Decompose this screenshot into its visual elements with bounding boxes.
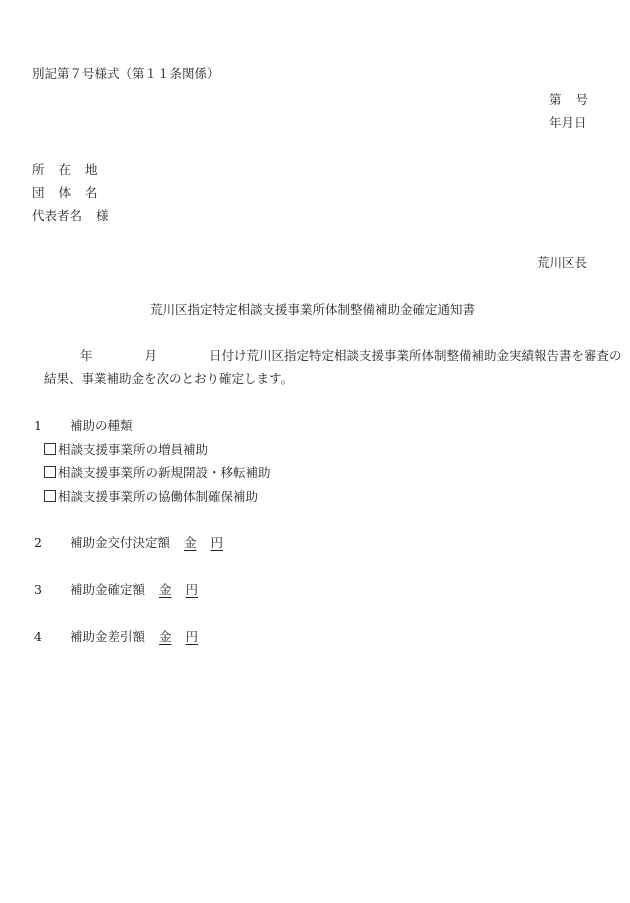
amount-field[interactable]: 金円 [184,535,223,550]
option-staff-increase[interactable]: 相談支援事業所の増員補助 [44,443,208,457]
organization-label: 団体名 [32,187,98,200]
section-2-grant-decision-amount: 2補助金交付決定額金円 [34,537,223,550]
checkbox[interactable] [44,490,56,502]
doc-number-prefix: 第 [549,92,562,107]
document-number: 第号 [549,94,588,107]
section-4-difference-amount: 4補助金差引額金円 [34,631,198,644]
checkbox[interactable] [44,466,56,478]
checkbox[interactable] [44,443,56,455]
option-collaboration[interactable]: 相談支援事業所の協働体制確保補助 [44,490,258,504]
body-line-1: 年月日付け荒川区指定特定相談支援事業所体制整備補助金実績報告書を審査の [80,350,622,363]
amount-field[interactable]: 金円 [159,582,198,597]
document-title: 荒川区指定特定相談支援事業所体制整備補助金確定通知書 [150,304,475,317]
body-line-2: 結果、事業補助金を次のとおり確定します。 [44,373,293,386]
amount-field[interactable]: 金円 [159,629,198,644]
issuer: 荒川区長 [537,257,587,270]
option-new-office[interactable]: 相談支援事業所の新規開設・移転補助 [44,466,271,480]
form-reference: 別記第７号様式（第１１条関係） [32,68,220,81]
section-1-heading: 1補助の種類 [34,420,132,433]
location-label: 所在地 [32,164,98,177]
representative-label: 代表者名様 [32,210,109,223]
section-3-confirmed-amount: 3補助金確定額金円 [34,584,198,597]
honorific: 様 [96,208,109,223]
document-date: 年月日 [549,117,587,130]
doc-number-suffix: 号 [576,92,589,107]
